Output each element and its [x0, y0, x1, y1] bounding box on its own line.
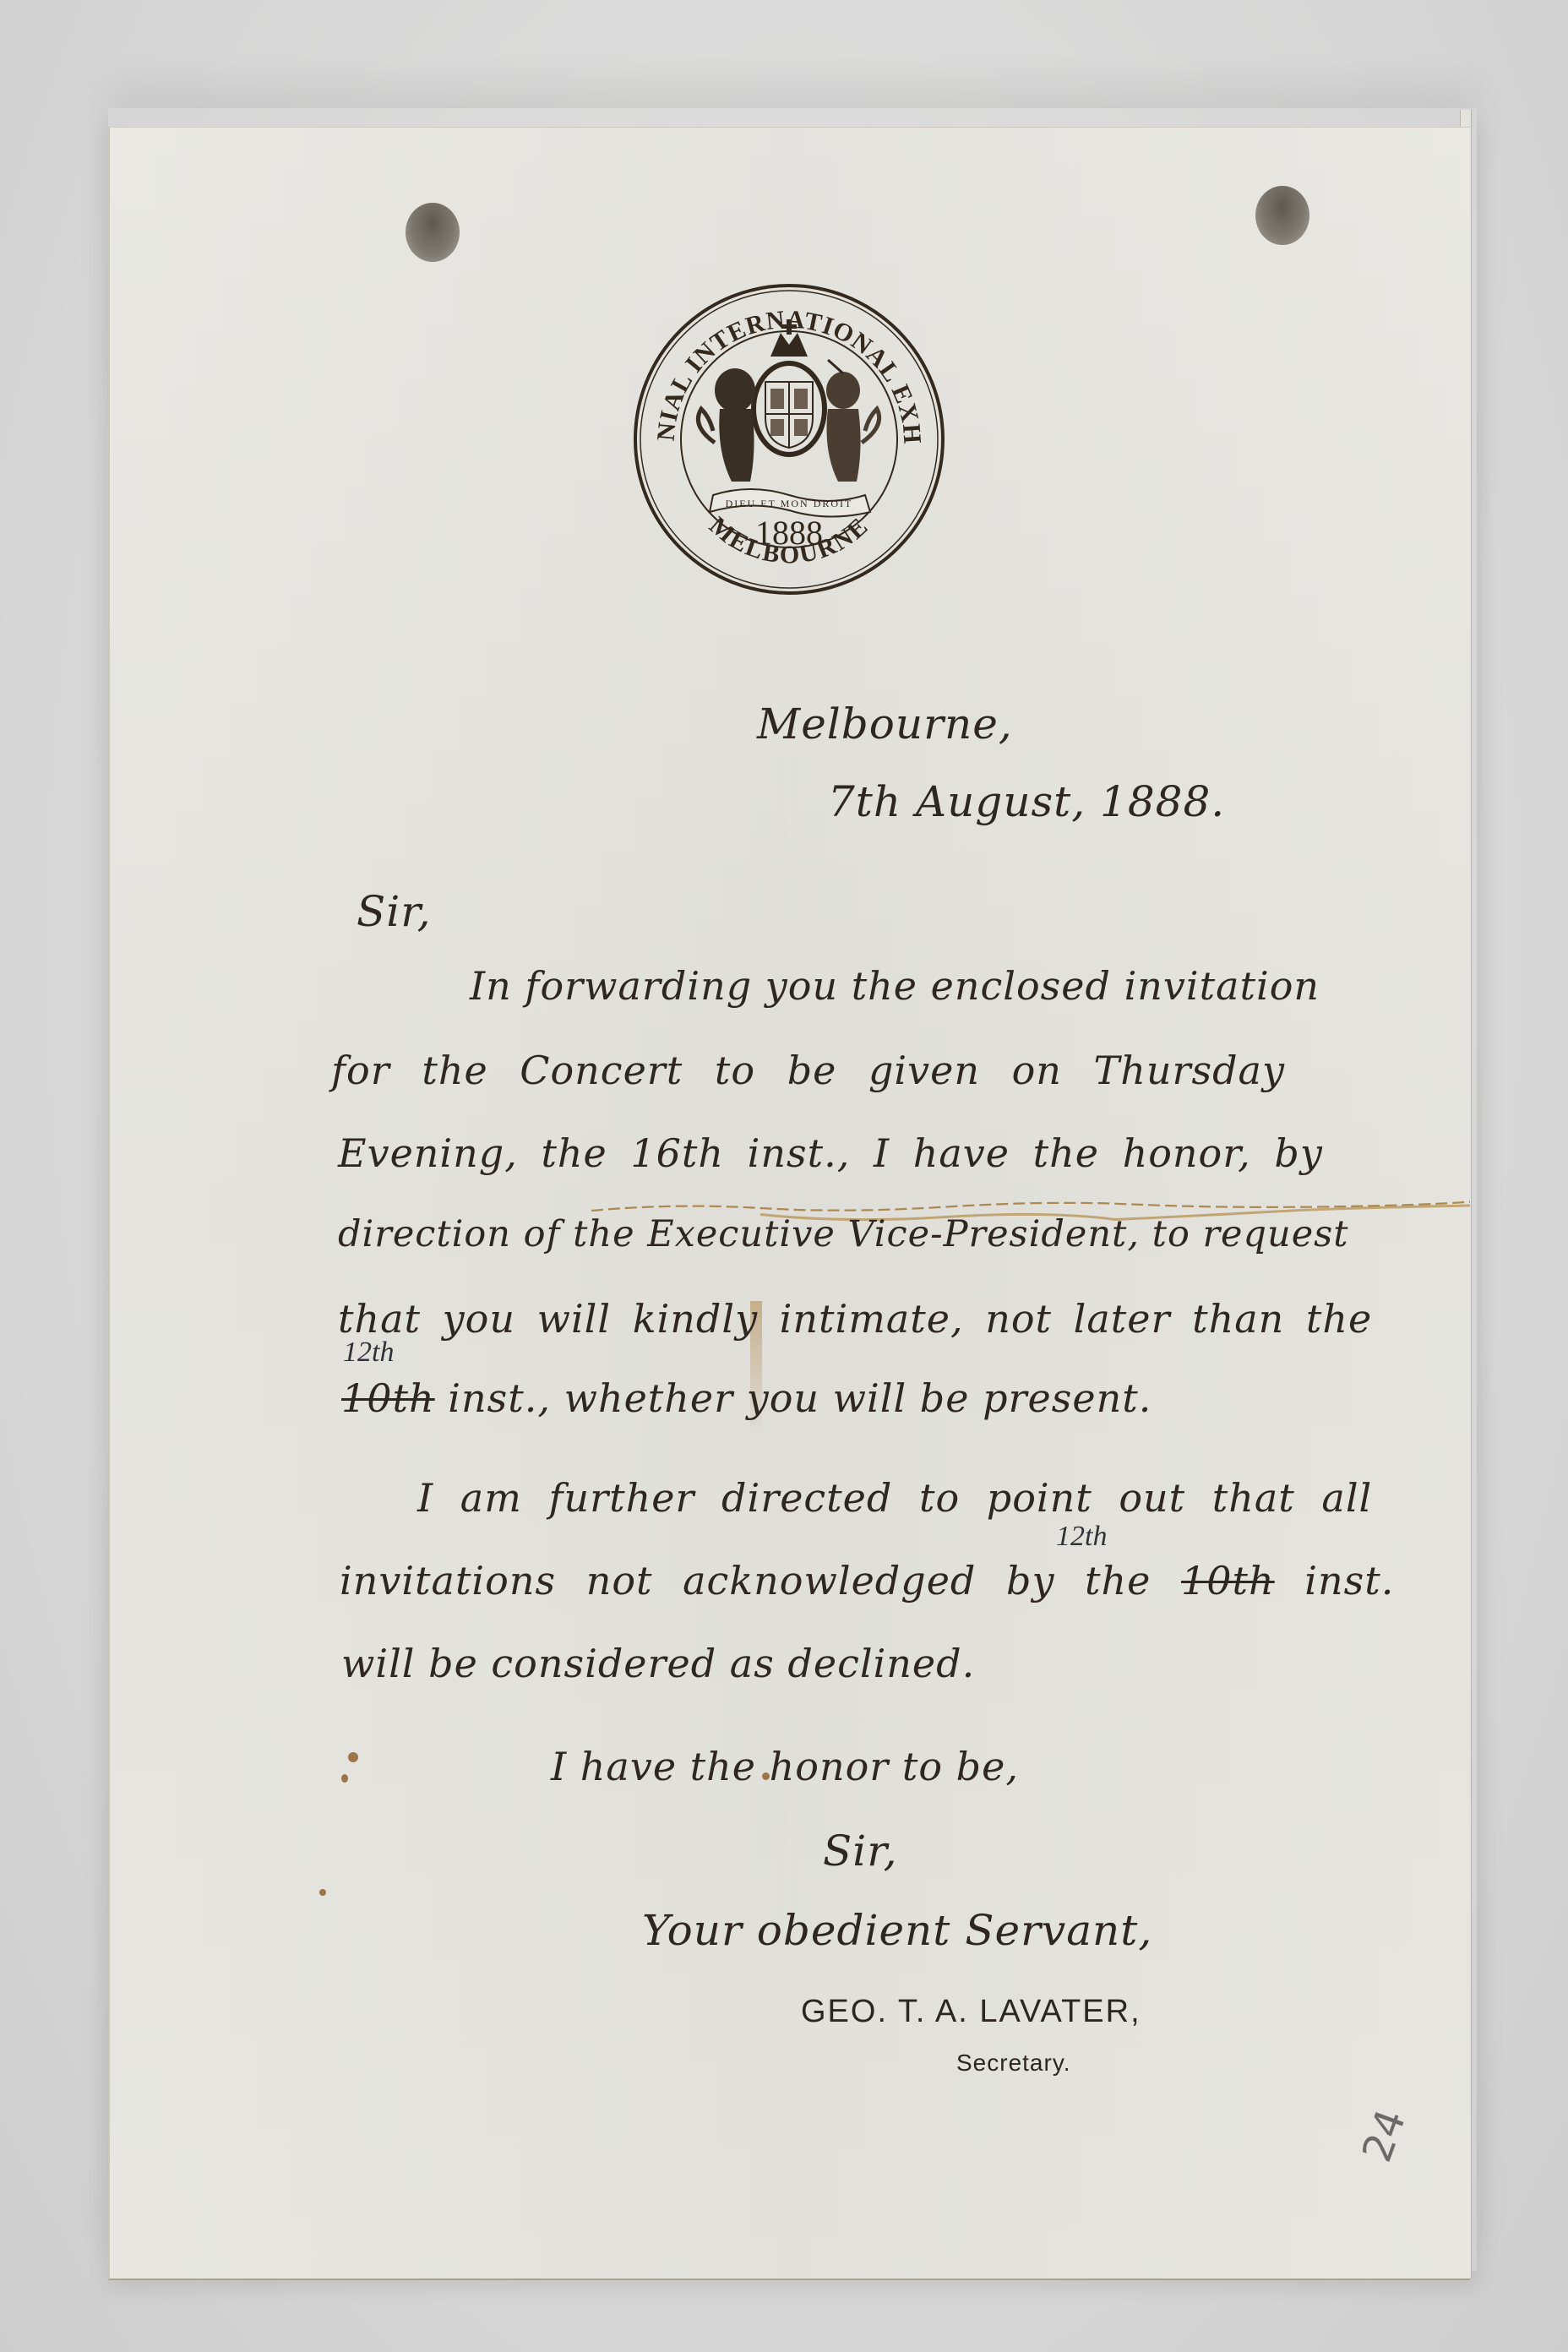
shield-icon [754, 363, 825, 455]
exhibition-seal: CENTENNIAL INTERNATIONAL EXHIBITION MELB… [632, 282, 946, 596]
closing-line-2: Sir, [823, 1827, 898, 1876]
letter-date: 7th August, 1888. [828, 777, 1225, 826]
punch-hole-right [1255, 186, 1309, 245]
para2-line-1: I am further directed to point out that … [417, 1475, 1372, 1521]
body-line-2: for the Concert to be given on Thursday [331, 1048, 1285, 1093]
foxing-spot [319, 1889, 326, 1896]
signatory-title: Secretary. [956, 2050, 1071, 2077]
body-line-4: direction of the Executive Vice-Presiden… [338, 1213, 1349, 1255]
body-line-5: that you will kindly intimate, not later… [338, 1296, 1372, 1342]
closing-line-3: Your obedient Servant, [642, 1906, 1152, 1955]
letter-place: Melbourne, [757, 700, 1013, 749]
body-line-3: Evening, the 16th inst., I have the hono… [338, 1130, 1323, 1176]
foxing-spot [762, 1772, 770, 1780]
lion-icon [698, 368, 755, 482]
unicorn-icon [826, 360, 879, 482]
body-line-6-rest: inst., whether you will be present. [435, 1375, 1152, 1421]
seal-ribbon-motto: DIEU ET MON DROIT [726, 498, 853, 509]
para2-line-2-before: invitations not acknowledged by the [340, 1558, 1181, 1603]
foxing-spot [341, 1774, 348, 1783]
para2-line-3: will be considered as declined. [341, 1641, 975, 1686]
punch-hole-left [406, 203, 460, 262]
body-line-1: In forwarding you the enclosed invitatio… [470, 963, 1320, 1009]
letter-salutation: Sir, [357, 887, 432, 936]
foxing-spot [348, 1752, 358, 1762]
handwritten-correction-2: 12th [1056, 1521, 1107, 1553]
struck-date-1: 10th [341, 1375, 435, 1421]
closing-line-1: I have the honor to be, [551, 1744, 1019, 1789]
para2-line-2-after: inst. [1275, 1558, 1395, 1603]
seal-year: 1888 [755, 514, 823, 552]
handwritten-correction-1: 12th [343, 1337, 394, 1369]
para2-line-2: invitations not acknowledged by the 10th… [340, 1558, 1394, 1603]
signatory-name: GEO. T. A. LAVATER, [801, 1994, 1141, 2030]
body-line-6: 10th inst., whether you will be present. [341, 1375, 1151, 1421]
struck-date-2: 10th [1181, 1558, 1275, 1603]
